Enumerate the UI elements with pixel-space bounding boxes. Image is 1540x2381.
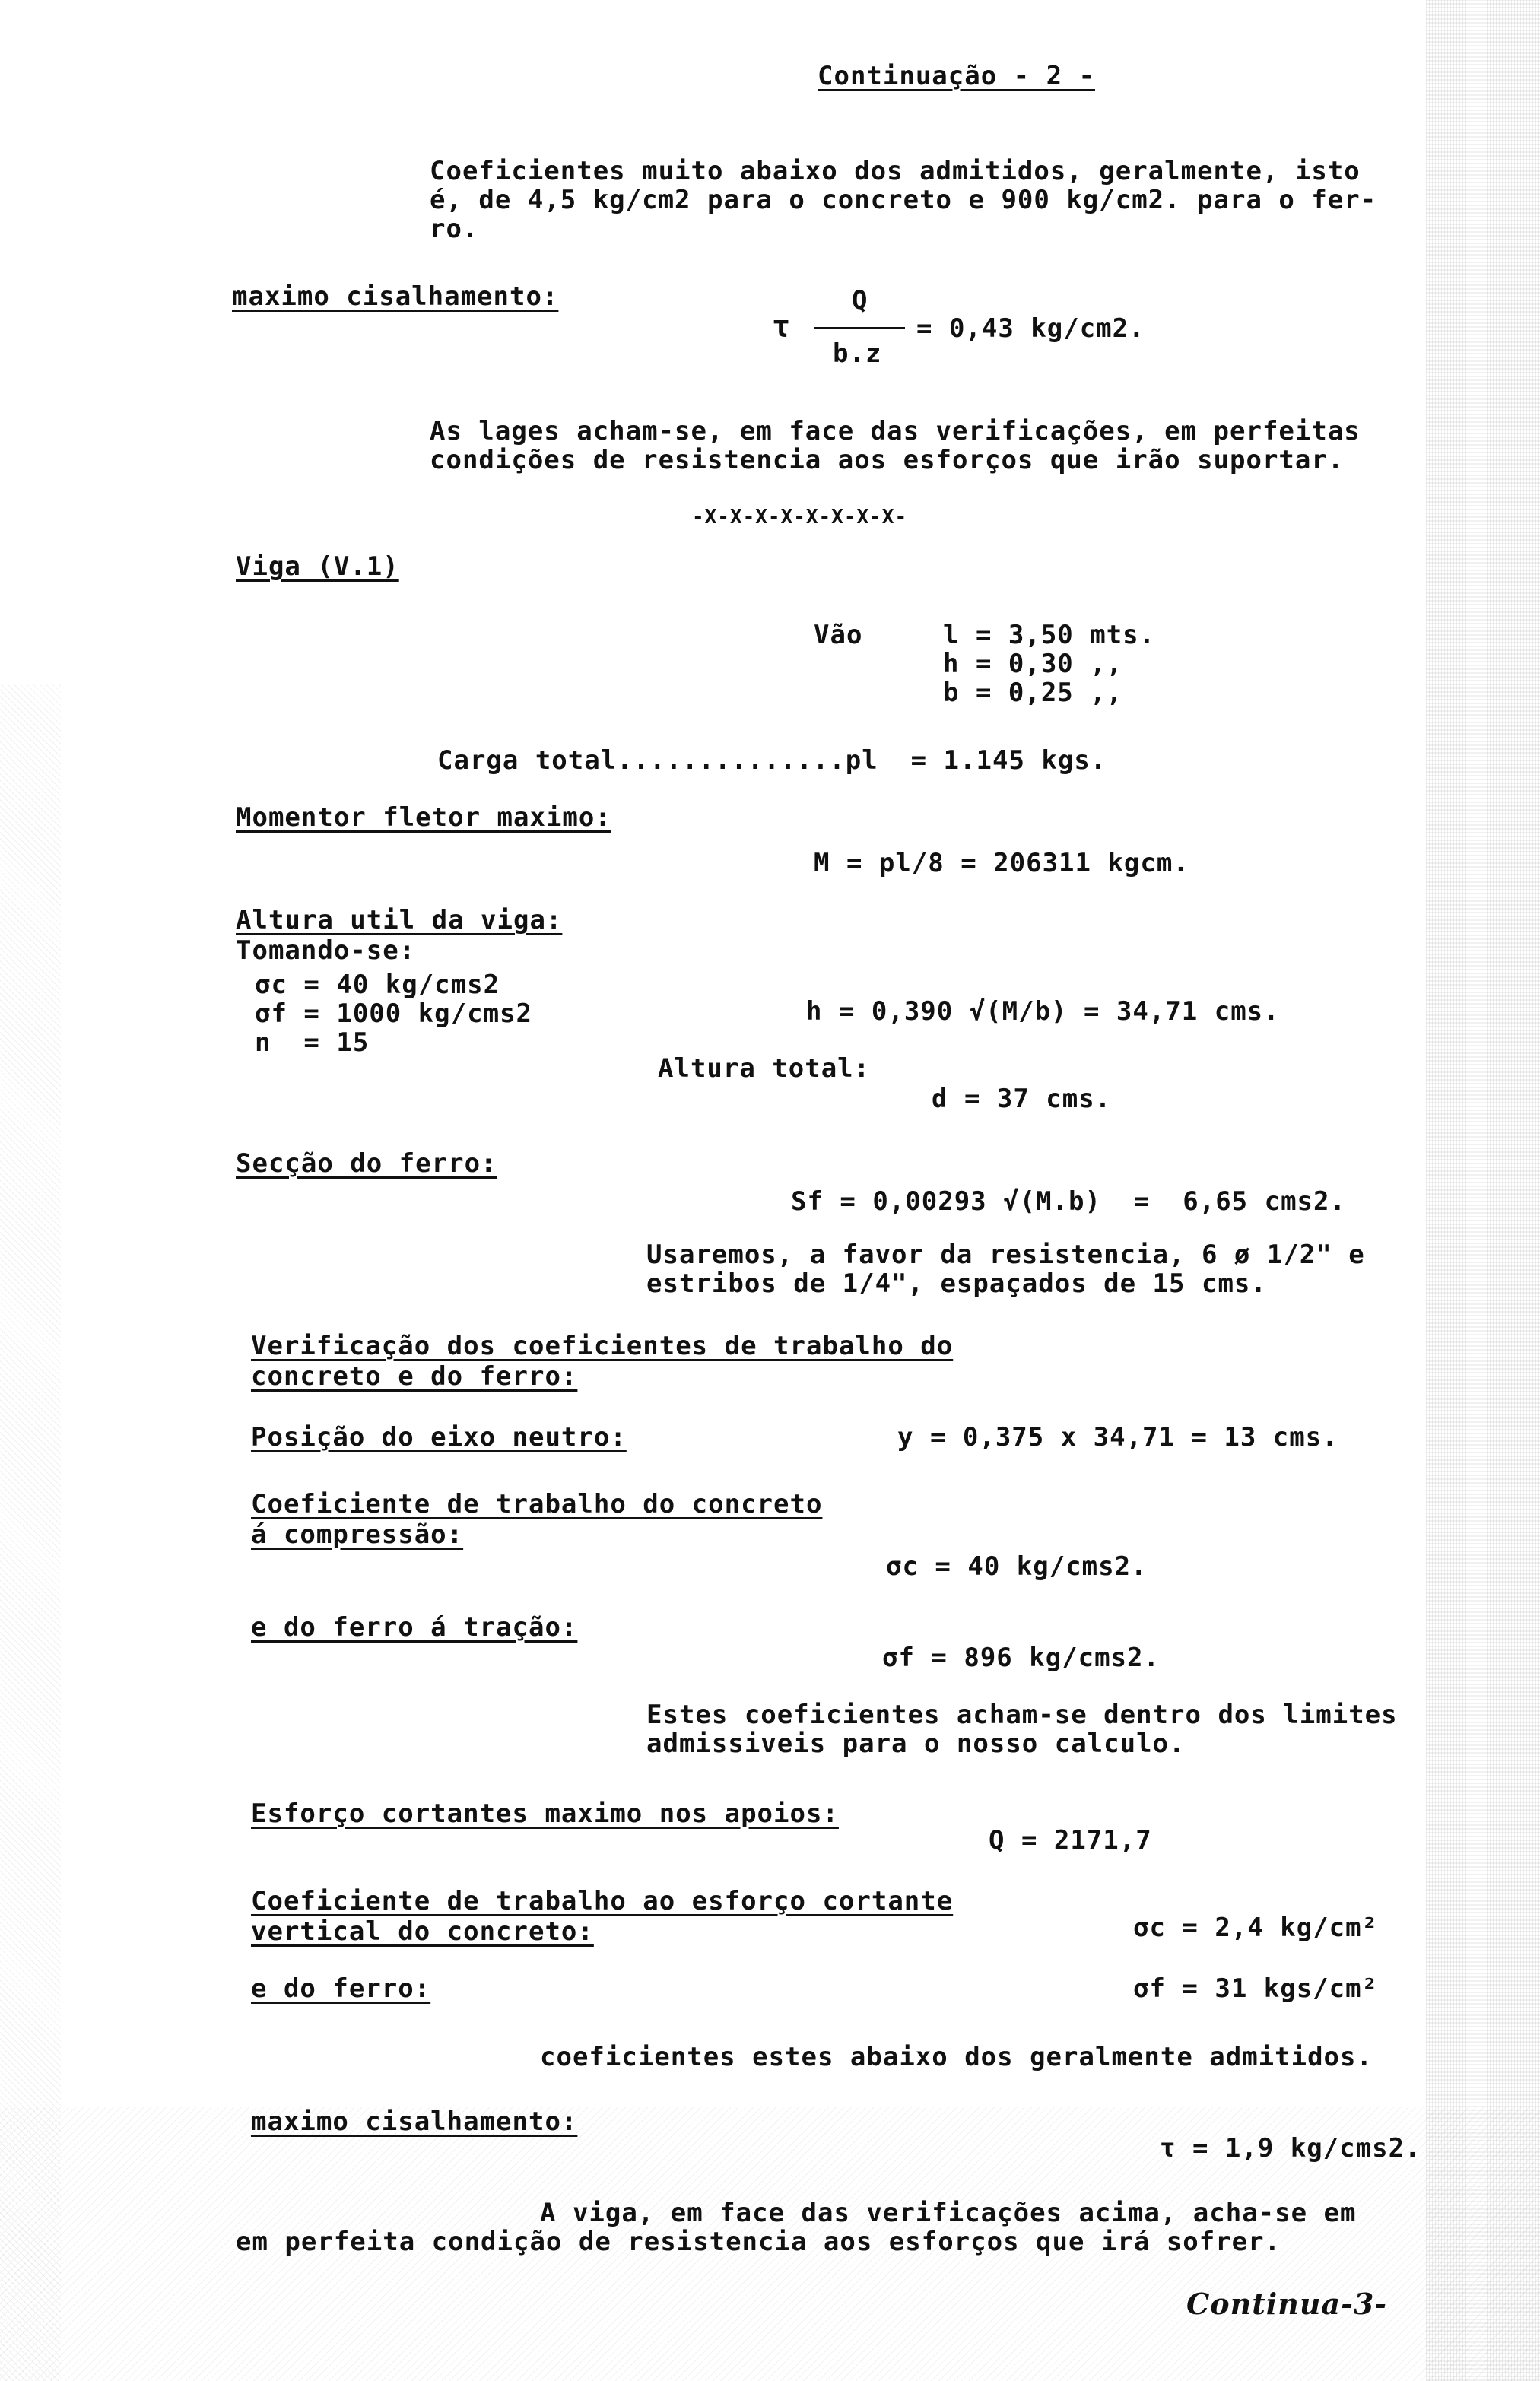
shear-coef-label-2: vertical do concreto: (251, 1916, 594, 1947)
shear-concrete-value: σc = 2,4 kg/cm² (1133, 1913, 1378, 1943)
fraction-bar (814, 327, 905, 329)
tau-symbol: τ (772, 312, 791, 342)
continuation-header: Continuação - 2 - (818, 61, 1095, 91)
verification-conclusion-2: admissiveis para o nosso calculo. (646, 1729, 1186, 1759)
max-shear-stress-label: maximo cisalhamento: (251, 2106, 577, 2137)
steel-tension-value: σf = 896 kg/cms2. (882, 1643, 1160, 1673)
moment-formula: M = pl/8 = 206311 kgcm. (814, 848, 1189, 878)
document-page: Continuação - 2 - Coeficientes muito aba… (0, 0, 1540, 2381)
taking-label: Tomando-se: (236, 935, 415, 966)
intro-line-2: é, de 4,5 kg/cm2 para o concreto e 900 k… (430, 185, 1376, 215)
steel-usage-2: estribos de 1/4", espaçados de 15 cms. (646, 1268, 1267, 1299)
slab-conclusion-1: As lages acham-se, em face das verificaç… (430, 416, 1361, 446)
shear-steel-label: e do ferro: (251, 1973, 430, 2004)
total-height-value: d = 37 cms. (932, 1084, 1111, 1114)
useful-height-label: Altura util da viga: (236, 905, 562, 935)
max-shear-force-value: Q = 2171,7 (989, 1825, 1152, 1856)
concrete-compression-label-1: Coeficiente de trabalho do concreto (251, 1489, 822, 1519)
verification-title-1: Verificação dos coeficientes de trabalho… (251, 1331, 953, 1361)
intro-line-1: Coeficientes muito abaixo dos admitidos,… (430, 156, 1361, 186)
shear-steel-value: σf = 31 kgs/cm² (1133, 1973, 1378, 2004)
continues-footer: Continua-3- (1186, 2289, 1387, 2319)
h-formula: h = 0,390 √(M/b) = 34,71 cms. (806, 996, 1280, 1027)
concrete-compression-label-2: á compressão: (251, 1519, 463, 1550)
beam-conclusion-1: A viga, em face das verificações acima, … (540, 2198, 1357, 2228)
moment-label: Momentor fletor maximo: (236, 802, 611, 833)
steel-tension-label: e do ferro á tração: (251, 1612, 577, 1643)
assumption-sigma-f: σf = 1000 kg/cms2 (255, 998, 532, 1029)
beam-title: Viga (V.1) (236, 551, 399, 582)
span-label: Vão (814, 620, 862, 650)
dimension-b: b = 0,25 ,, (943, 678, 1122, 708)
neutral-axis-label: Posição do eixo neutro: (251, 1422, 627, 1452)
concrete-compression-value: σc = 40 kg/cms2. (886, 1551, 1148, 1582)
steel-usage-1: Usaremos, a favor da resistencia, 6 ø 1/… (646, 1240, 1365, 1270)
steel-section-label: Secção do ferro: (236, 1148, 497, 1179)
assumption-sigma-c: σc = 40 kg/cms2 (255, 970, 500, 1000)
section-separator: -X-X-X-X-X-X-X-X- (692, 502, 907, 532)
slab-shear-result: = 0,43 kg/cm2. (916, 313, 1145, 344)
assumption-n: n = 15 (255, 1027, 369, 1058)
slab-conclusion-2: condições de resistencia aos esforços qu… (430, 445, 1344, 475)
neutral-axis-formula: y = 0,375 x 34,71 = 13 cms. (897, 1422, 1338, 1452)
steel-formula: Sf = 0,00293 √(M.b) = 6,65 cms2. (791, 1186, 1346, 1217)
slab-shear-denominator: b.z (833, 338, 881, 369)
beam-conclusion-2: em perfeita condição de resistencia aos … (236, 2227, 1281, 2257)
slab-shear-label: maximo cisalhamento: (232, 281, 558, 312)
shear-note: coeficientes estes abaixo dos geralmente… (540, 2042, 1373, 2072)
total-height-label: Altura total: (658, 1053, 870, 1084)
max-shear-stress-value: τ = 1,9 kg/cms2. (1160, 2133, 1421, 2164)
intro-line-3: ro. (430, 214, 478, 244)
slab-shear-numerator: Q (852, 285, 868, 316)
dimension-h: h = 0,30 ,, (943, 649, 1122, 679)
scan-noise-right (1426, 0, 1540, 2381)
total-load: Carga total..............pl = 1.145 kgs. (437, 745, 1107, 776)
verification-title-2: concreto e do ferro: (251, 1361, 577, 1392)
max-shear-force-label: Esforço cortantes maximo nos apoios: (251, 1798, 839, 1829)
verification-conclusion-1: Estes coeficientes acham-se dentro dos l… (646, 1700, 1398, 1730)
shear-coef-label-1: Coeficiente de trabalho ao esforço corta… (251, 1886, 953, 1916)
dimension-l: l = 3,50 mts. (943, 620, 1155, 650)
